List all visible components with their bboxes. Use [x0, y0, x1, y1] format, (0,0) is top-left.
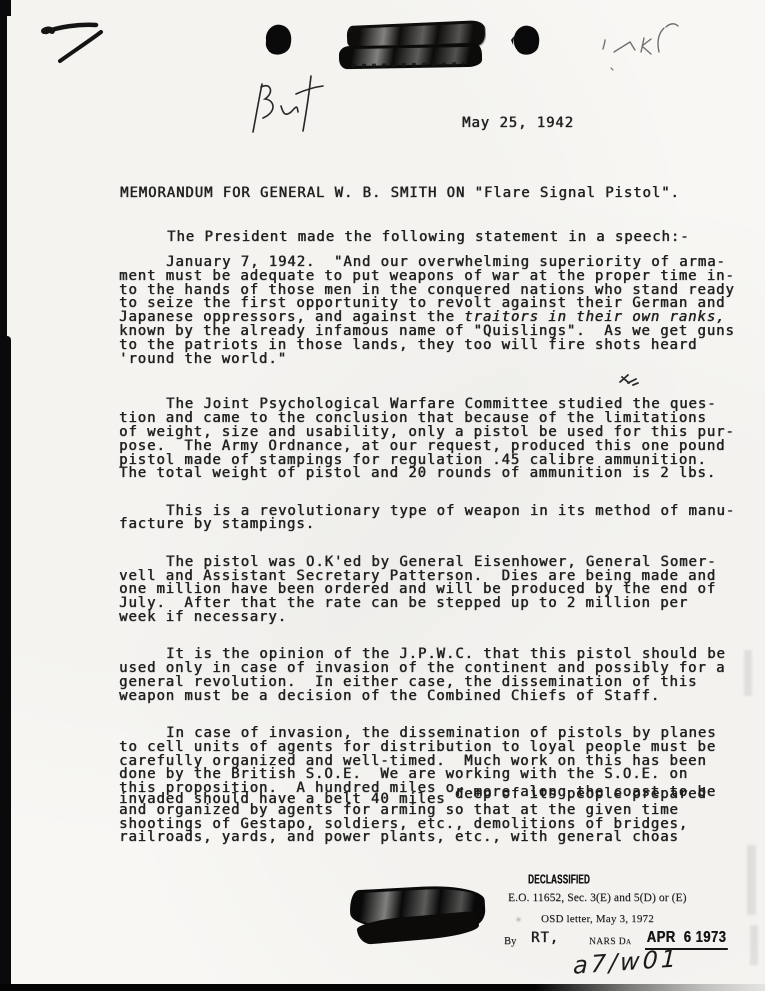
paragraphs: January 7, 1942. "And our overwhelming s…	[119, 256, 759, 869]
paragraph: The pistol was O.K'ed by General Eisenho…	[119, 556, 759, 625]
scan-smudge	[750, 925, 758, 965]
text-line: facture by stampings.	[119, 518, 759, 532]
text-segment: deep of its people prepared	[455, 786, 707, 802]
scanned-memo-page: May 25, 1942 MEMORANDUM FOR GENERAL W. B…	[0, 0, 765, 991]
text-line: week if necessary.	[119, 611, 759, 625]
eo-line: E.O. 11652, Sec. 3(E) and 5(D) or (E)	[508, 892, 687, 904]
paragraph: This is a revolutionary type of weapon i…	[119, 505, 759, 533]
declassified-stamp: DECLASSIFIED	[528, 872, 590, 887]
text-segment: weapon must be a decision of the Combine…	[119, 688, 660, 704]
scan-edge-left-top	[0, 0, 11, 16]
paragraph: In case of invasion, the dissemination o…	[119, 727, 759, 845]
text-line: 'round the world."	[119, 353, 759, 367]
scan-edge-bottom	[0, 984, 765, 991]
text-line: railroads, yards, and power plants, etc.…	[119, 831, 759, 845]
pencil-scribble-mark	[603, 24, 678, 70]
osd-line: OSD letter, May 3, 1972	[541, 913, 654, 925]
paragraph: January 7, 1942. "And our overwhelming s…	[119, 256, 759, 366]
text-line: The total weight of pistol and 20 rounds…	[119, 467, 759, 481]
text-segment: The total weight of pistol and 20 rounds…	[119, 465, 716, 481]
scan-smudge	[517, 918, 520, 921]
text-segment: railroads, yards, and power plants, etc.…	[119, 829, 679, 845]
scan-edge-left-bump	[0, 336, 11, 991]
text-segment: 'round the world."	[119, 351, 287, 367]
date-line: May 25, 1942	[462, 117, 574, 131]
handwritten-seven-mark	[44, 25, 101, 61]
by-initials: RT,	[531, 932, 559, 946]
paragraph: The Joint Psychological Warfare Committe…	[119, 398, 759, 481]
intro-line: The President made the following stateme…	[167, 231, 689, 245]
by-label: By	[504, 936, 516, 947]
handwritten-but-mark	[253, 76, 323, 132]
text-segment: week if necessary.	[119, 609, 287, 625]
paragraph: It is the opinion of the J.P.W.C. that t…	[119, 648, 759, 703]
text-line: weapon must be a decision of the Combine…	[119, 690, 759, 704]
nars-label: NARS Da	[589, 937, 631, 947]
ink-dot-mark	[266, 25, 291, 55]
ink-dot-mark	[511, 26, 539, 55]
memo-title: MEMORANDUM FOR GENERAL W. B. SMITH ON "F…	[120, 187, 680, 201]
handwritten-code: a7/w01	[573, 944, 680, 980]
text-segment: facture by stampings.	[119, 516, 315, 532]
